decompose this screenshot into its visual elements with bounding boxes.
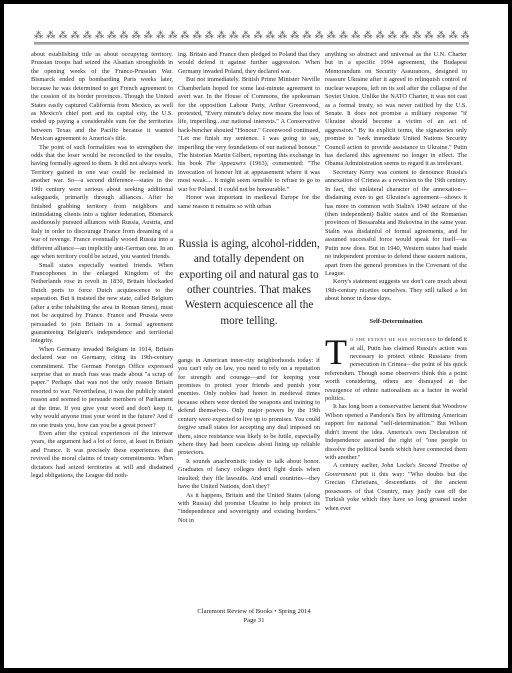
publication-line: Claremont Review of Books • Spring 2014 [154,608,354,617]
paragraph: It has long been a conservative lament t… [325,403,467,462]
paragraph: Secretary Kerry was content to denounce … [325,169,467,278]
column-3: anything so abstract and universal as th… [325,51,467,513]
paragraph: ing. Britain and France then pledged to … [178,51,320,76]
paragraph: When Germany invaded Belgium in 1914, Br… [31,346,173,430]
paragraph: anything so abstract and universal as th… [325,51,467,169]
paragraph: Honor was important in medieval Europe f… [178,194,320,211]
paragraph: Small states especially wanted friends. … [31,262,173,346]
paragraph: about establishing title as about occupy… [31,51,173,144]
book-title: The Appeasers [206,160,246,167]
document-page: ⁂⁂⁂⁂⁂⁂⁂⁂⁂⁂⁂⁂⁂⁂⁂⁂⁂⁂⁂⁂⁂⁂⁂⁂⁂⁂⁂⁂⁂⁂⁂⁂⁂⁂⁂⁂⁂⁂⁂⁂… [4,4,508,668]
paragraph: gangs in American inner-city neighborhoo… [178,357,320,458]
column-2: ing. Britain and France then pledged to … [178,51,320,525]
section-heading: Self-Determination [325,318,467,326]
lead-paragraph: To the extent he has bothered to defend … [325,336,467,403]
paragraph: But not immediately. British Prime Minis… [178,76,320,194]
paragraph: It sounds anachronistic today to talk ab… [178,458,320,492]
pull-quote: Russia is aging, alcohol-ridden, and tot… [178,237,320,329]
paragraph: Even after the cynical experiences of th… [31,430,173,481]
column-1: about establishing title as about occupy… [31,51,173,481]
ornament-rule [34,42,469,45]
paragraph: A century earlier, John Locke's Second T… [325,462,467,513]
paragraph: The point of such formalities was to str… [31,144,173,262]
page-footer: Claremont Review of Books • Spring 2014 … [154,608,354,626]
paragraph: Kerry's statement suggests we don't care… [325,278,467,303]
page-number: Page 31 [154,617,354,626]
paragraph: As it happens, Britain and the United St… [178,492,320,526]
drop-cap: T [325,338,347,366]
